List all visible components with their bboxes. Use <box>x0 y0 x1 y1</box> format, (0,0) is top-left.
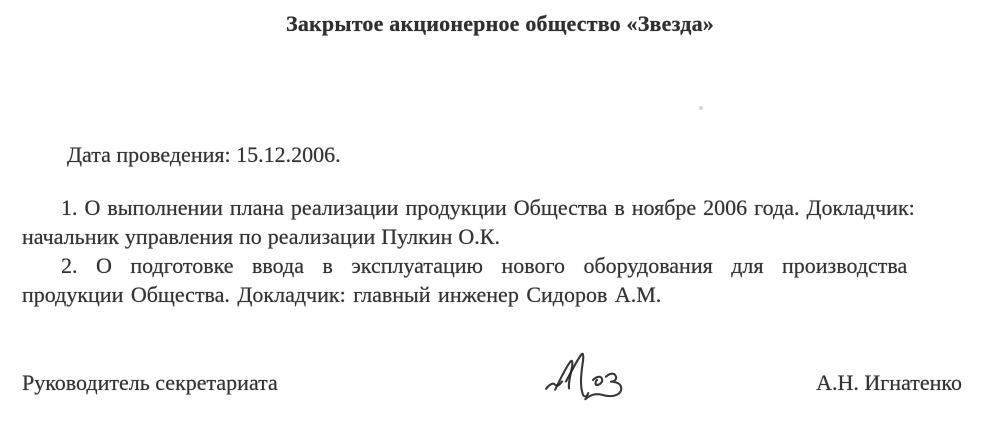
scan-artifact-dot <box>699 106 703 110</box>
scanned-document-page: Закрытое акционерное общество «Звезда» Д… <box>0 0 1000 429</box>
date-line: Дата проведения: 15.12.2006. <box>67 140 341 169</box>
document-title: Закрытое акционерное общество «Звезда» <box>0 9 1000 38</box>
handwritten-signature-icon <box>542 349 643 411</box>
agenda-item-1-line-2: начальник управления по реализации Пулки… <box>22 222 500 251</box>
agenda-item-2-line-2: продукции Общества. Докладчик: главный и… <box>22 280 661 309</box>
signatory-name: А.Н. Игнатенко <box>816 368 962 397</box>
agenda-item-1-line-1: 1. О выполнении плана реализации продукц… <box>61 193 915 222</box>
signatory-position-title: Руководитель секретариата <box>22 368 278 397</box>
agenda-item-2-line-1: 2. О подготовке ввода в эксплуатацию нов… <box>61 251 907 280</box>
